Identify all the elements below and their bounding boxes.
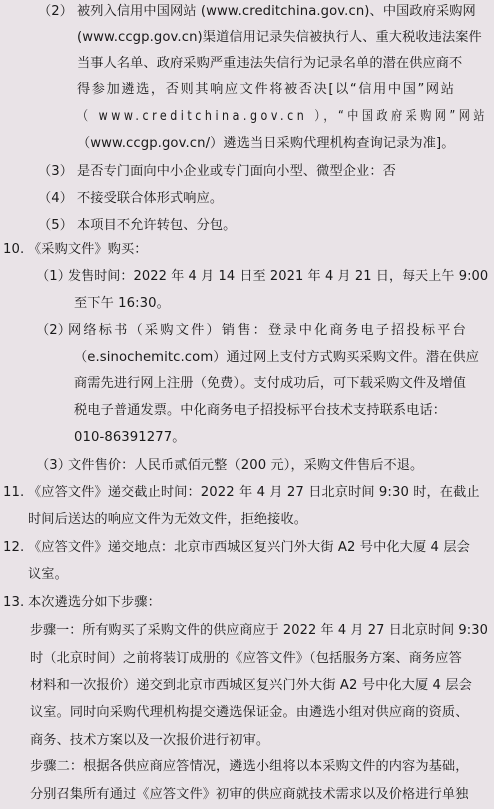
item9-sub2-line-1: 被列入信用中国网站 (www.creditchina.gov.cn)、中国政府采… (77, 3, 485, 21)
item13-number: 13. (3, 594, 24, 612)
item10-title: 《采购文件》购买： (28, 241, 148, 259)
item10-sub2-line-1: 网络标书（采购文件）销售：登录中化商务电子招投标平台 (68, 322, 468, 340)
item12-number: 12. (3, 539, 24, 557)
item9-sub2-line-3: 当事人名单、政府采购严重违法失信行为记录名单的潜在供应商不 (77, 55, 485, 73)
item10-sub2-line-4: 税电子普通发票。中化商务电子招投标平台技术支持联系电话： (74, 402, 446, 420)
item10-sub3-number: （3） (36, 457, 71, 475)
item9-sub3-number: （3） (38, 163, 73, 181)
item9-sub5-number: （5） (38, 217, 73, 235)
item11-number: 11. (3, 484, 24, 502)
item10-sub1-number: （1） (36, 268, 71, 286)
item9-sub2-line-5: （ www.creditchina.gov.cn ），“中国政府采购网”网站 (77, 108, 420, 126)
item13-step1-line-4: 议室。同时向采购代理机构提交遴选保证金。由遴选小组对供应商的资质、 (30, 704, 468, 722)
item9-sub2-line-6: （www.ccgp.gov.cn/）遴选当日采购代理机构查询记录为准]。 (77, 135, 485, 153)
item10-sub2-number: （2） (36, 322, 71, 340)
item10-sub2-line-2: （e.sinochemitc.com）通过网上支付方式购买采购文件。潜在供应 (74, 349, 479, 367)
item13-title: 本次遴选分如下步骤： (28, 594, 161, 612)
item9-sub5-text: 本项目不允许转包、分包。 (77, 217, 236, 235)
item12-line-2: 议室。 (28, 566, 68, 584)
item11-line-1: 《应答文件》递交截止时间：2022 年 4 月 27 日北京时间 9:30 时，… (28, 484, 480, 502)
item13-step1-line-2: 时（北京时间）之前将装订成册的《应答文件》（包括服务方案、商务应答 (30, 650, 462, 668)
item12-line-1: 《应答文件》递交地点：北京市西城区复兴门外大街 A2 号中化大厦 4 层会 (28, 539, 470, 557)
item13-step1-line-1: 步骤一：所有购买了采购文件的供应商应于 2022 年 4 月 27 日北京时间 … (30, 622, 488, 640)
item11-line-2: 时间后送达的响应文件为无效文件，拒绝接收。 (28, 511, 307, 529)
item10-sub3-text: 文件售价：人民币贰佰元整（200 元），采购文件售后不退。 (68, 457, 423, 475)
item9-sub4-text: 不接受联合体形式响应。 (77, 190, 223, 208)
item9-sub3-text: 是否专门面向中小企业或专门面向小型、微型企业：否 (77, 163, 396, 181)
item10-sub1-line-1: 发售时间：2022 年 4 月 14 日至 2021 年 4 月 21 日，每天… (68, 268, 488, 286)
item13-step2-line-2: 分别召集所有通过《应答文件》初审的供应商就技术需求以及价格进行单独 (30, 786, 468, 804)
document-page: （2） 被列入信用中国网站 (www.creditchina.gov.cn)、中… (0, 0, 494, 809)
item10-number: 10. (3, 241, 24, 259)
item13-step2-line-1: 步骤二：根据各供应商应答情况，遴选小组将以本采购文件的内容为基础， (30, 758, 468, 776)
item9-sub4-number: （4） (38, 190, 73, 208)
item9-sub2-line-2: (www.ccgp.gov.cn)渠道信用记录失信被执行人、重大税收违法案件 (77, 29, 485, 47)
item13-step1-line-5: 商务、技术方案以及一次报价进行初审。 (30, 732, 269, 750)
item9-sub2-line-4: 得参加遴选，否则其响应文件将被否决[以“信用中国”网站 (77, 81, 485, 99)
item10-sub2-line-3: 商需先进行网上注册（免费）。支付成功后，可下载采购文件及增值 (74, 375, 466, 393)
item10-sub1-line-2: 至下午 16:30。 (74, 295, 170, 313)
item13-step1-line-3: 材料和一次报价）递交到北京市西城区复兴门外大街 A2 号中化大厦 4 层会 (30, 677, 472, 695)
item10-sub2-line-5: 010-86391277。 (74, 429, 186, 447)
item9-sub2-number: （2） (38, 3, 73, 21)
